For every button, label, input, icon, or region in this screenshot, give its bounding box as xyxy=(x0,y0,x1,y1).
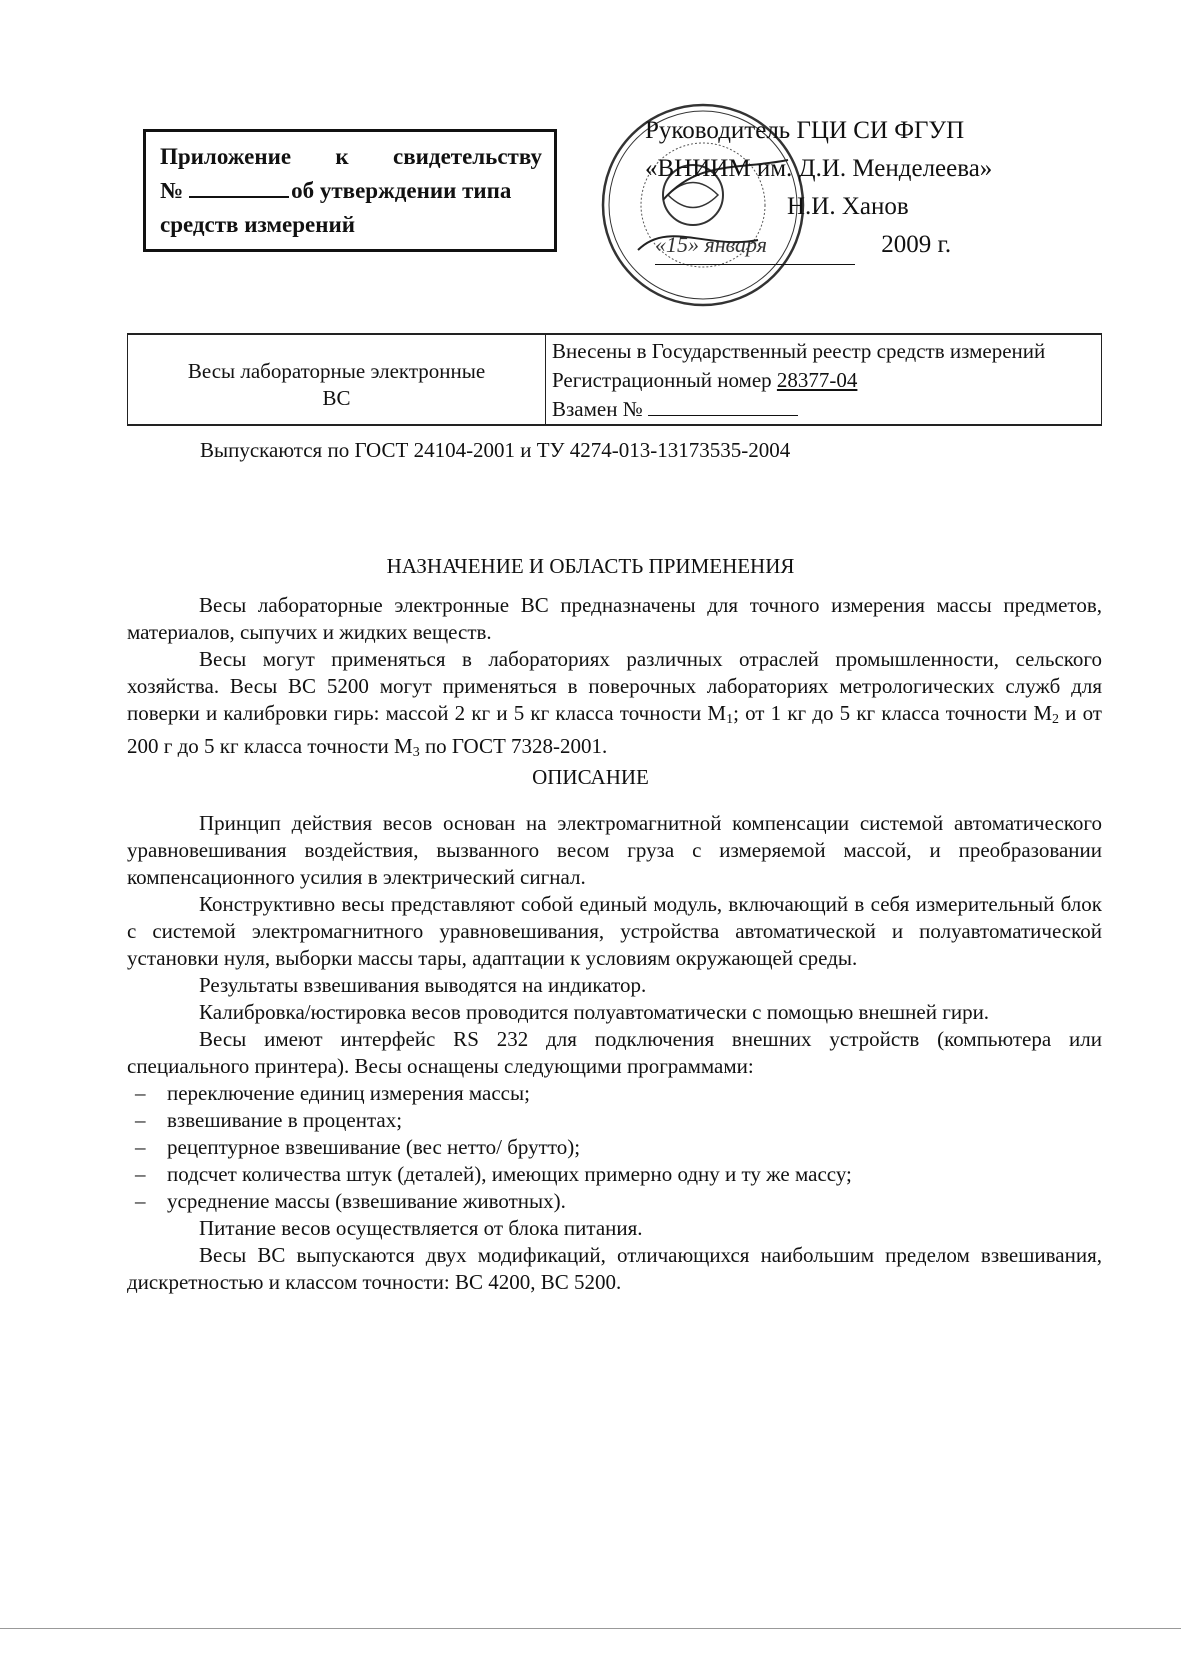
approval-date-handwritten: «15» января xyxy=(655,226,855,265)
list-item: рецептурное взвешивание (вес нетто/ брут… xyxy=(127,1134,1102,1161)
purpose-paragraph-2: Весы могут применяться в лабораториях ра… xyxy=(127,646,1102,766)
product-model: ВС xyxy=(322,385,350,412)
section-title-purpose: НАЗНАЧЕНИЕ И ОБЛАСТЬ ПРИМЕНЕНИЯ xyxy=(0,554,1181,579)
appendix-line2: №об утверждении типа xyxy=(160,174,542,208)
purpose-paragraph-1: Весы лабораторные электронные ВС предназ… xyxy=(127,592,1102,646)
appendix-word: свидетельству xyxy=(393,140,542,174)
appendix-line3: средств измерений xyxy=(160,208,542,242)
certificate-number-blank xyxy=(189,176,289,198)
appendix-box: Приложение к свидетельству №об утвержден… xyxy=(143,129,557,252)
approval-year: 2009 г. xyxy=(881,231,951,258)
product-name: Весы лабораторные электронные xyxy=(188,358,485,385)
section-title-description: ОПИСАНИЕ xyxy=(0,765,1181,790)
appendix-line2-text: об утверждении типа xyxy=(291,178,511,203)
replace-row: Взамен № xyxy=(552,395,1045,424)
description-paragraph-5: Весы имеют интерфейс RS 232 для подключе… xyxy=(127,1026,1102,1080)
appendix-word: к xyxy=(335,140,348,174)
list-item: переключение единиц измерения массы; xyxy=(127,1080,1102,1107)
produced-per-standard: Выпускаются по ГОСТ 24104-2001 и ТУ 4274… xyxy=(200,438,790,463)
registration-number: 28377-04 xyxy=(777,368,858,392)
description-body: Принцип действия весов основан на электр… xyxy=(127,810,1102,1296)
description-paragraph-2: Конструктивно весы представляют собой ед… xyxy=(127,891,1102,972)
programs-list: переключение единиц измерения массы; взв… xyxy=(127,1080,1102,1215)
description-paragraph-7: Весы ВС выпускаются двух модификаций, от… xyxy=(127,1242,1102,1296)
registry-table: Весы лабораторные электронные ВС Внесены… xyxy=(127,333,1102,426)
description-paragraph-6: Питание весов осуществляется от блока пи… xyxy=(127,1215,1102,1242)
scan-artifact-divider xyxy=(0,1628,1181,1629)
approval-line1: Руководитель ГЦИ СИ ФГУП xyxy=(645,112,992,150)
product-cell: Весы лабораторные электронные ВС xyxy=(128,335,546,424)
approval-line2: «ВНИИМ им. Д.И. Менделеева» xyxy=(645,150,992,188)
description-paragraph-4: Калибровка/юстировка весов проводится по… xyxy=(127,999,1102,1026)
number-sign: № xyxy=(160,178,183,203)
list-item: усреднение массы (взвешивание животных). xyxy=(127,1188,1102,1215)
replace-number-blank xyxy=(648,397,798,416)
approval-block: Руководитель ГЦИ СИ ФГУП «ВНИИМ им. Д.И.… xyxy=(645,112,992,265)
description-paragraph-3: Результаты взвешивания выводятся на инди… xyxy=(127,972,1102,999)
description-paragraph-1: Принцип действия весов основан на электр… xyxy=(127,810,1102,891)
registration-row: Регистрационный номер 28377-04 xyxy=(552,366,1045,395)
signatory-name: Н.И. Ханов xyxy=(645,188,992,226)
appendix-line1: Приложение к свидетельству xyxy=(160,140,542,174)
list-item: взвешивание в процентах; xyxy=(127,1107,1102,1134)
registration-label: Регистрационный номер xyxy=(552,368,772,392)
replace-label: Взамен № xyxy=(552,397,643,421)
registry-entered: Внесены в Государственный реестр средств… xyxy=(552,337,1045,366)
appendix-word: Приложение xyxy=(160,140,291,174)
registry-cell: Внесены в Государственный реестр средств… xyxy=(546,335,1045,424)
list-item: подсчет количества штук (деталей), имеющ… xyxy=(127,1161,1102,1188)
purpose-body: Весы лабораторные электронные ВС предназ… xyxy=(127,592,1102,766)
